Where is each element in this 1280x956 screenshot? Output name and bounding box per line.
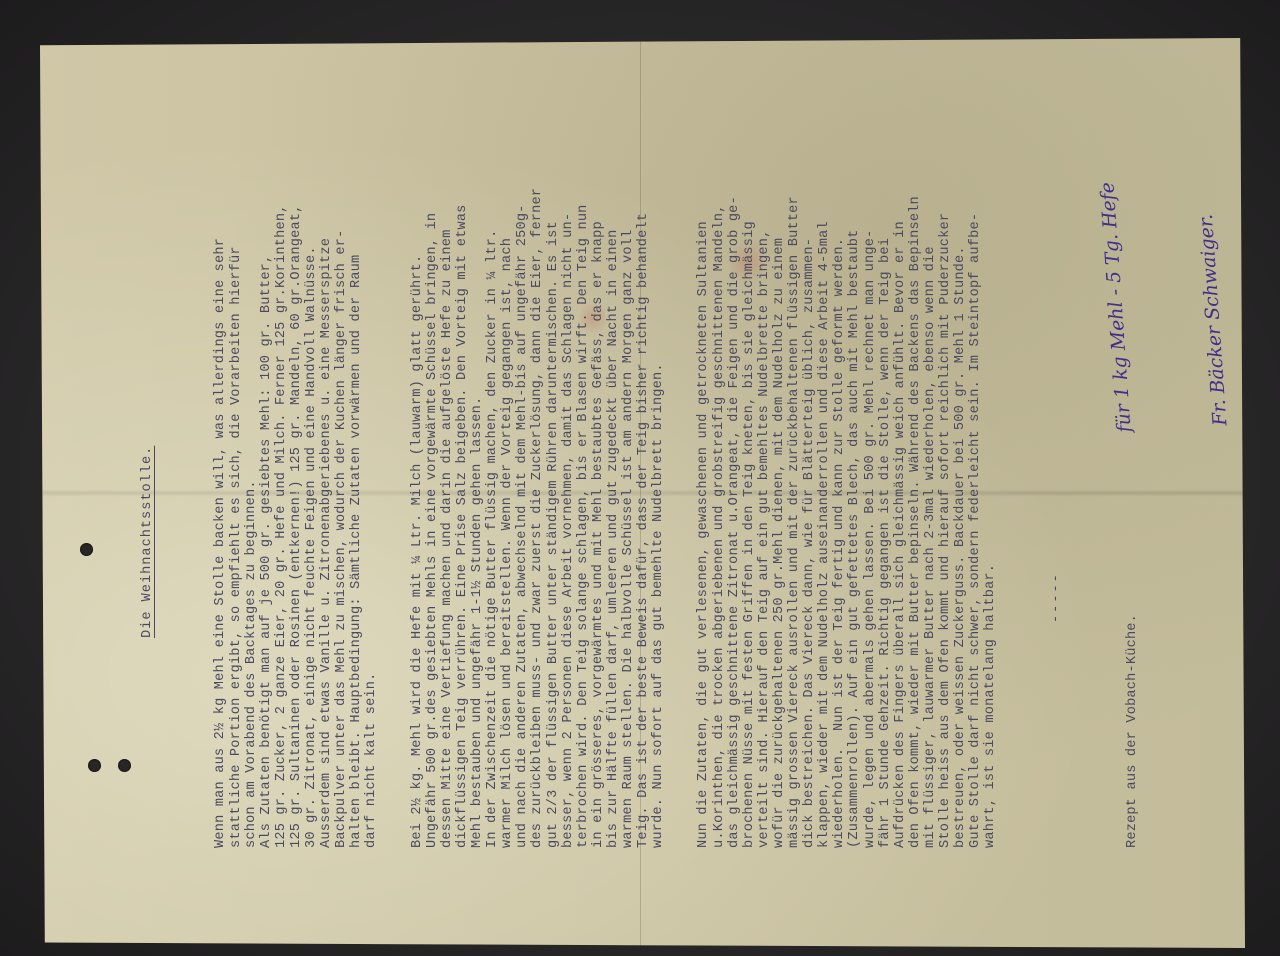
document-photo: Die Weihnachtsstolle. Wenn man aus 2½ kg…	[40, 38, 1245, 948]
punch-hole	[88, 759, 101, 772]
paragraph-preparation: Bei 2½ kg. Mehl wird die Hefe mit ¼ Ltr.…	[410, 113, 667, 848]
recipe-sheet: Die Weihnachtsstolle. Wenn man aus 2½ kg…	[40, 38, 1245, 948]
recipe-source: Rezept aus der Vobach-Küche.	[1125, 614, 1140, 848]
handwritten-annotation: für 1 kg Mehl - 5 Tg. Hefe Fr. Bäcker Sc…	[1027, 170, 1280, 438]
handwritten-line: Fr. Bäcker Schwaiger.	[1187, 174, 1236, 427]
document-title: Die Weihnachtsstolle.	[140, 113, 155, 638]
paragraph-ingredients: Wenn man aus 2½ kg Mehl eine Stolle back…	[213, 113, 379, 848]
handwritten-line: für 1 kg Mehl - 5 Tg. Hefe	[1091, 181, 1140, 434]
typed-text-body: Die Weihnachtsstolle. Wenn man aus 2½ kg…	[110, 113, 1094, 848]
paragraph-shaping-baking: Nun die Zutaten, die gut verlesenen, gew…	[696, 113, 998, 848]
punch-hole	[80, 543, 93, 556]
